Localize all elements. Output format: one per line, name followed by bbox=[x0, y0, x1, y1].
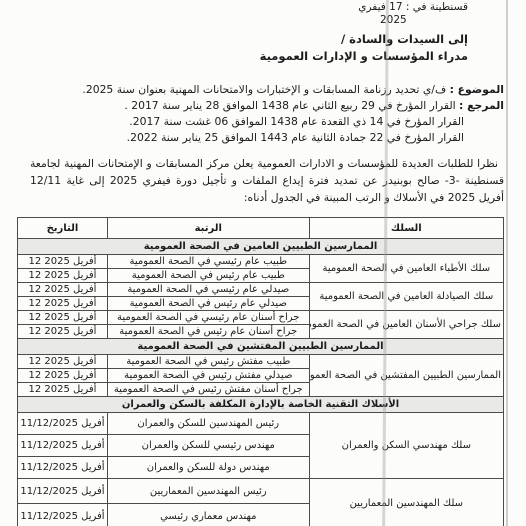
date-cell: 12 أفريل 2025 bbox=[18, 283, 108, 297]
rank-cell: جراح أسنان مفتش رئيس في الصحة العمومية bbox=[107, 383, 309, 397]
subject-line: الموضوع : ف/ي تحديد رزنامة المسابقات و ا… bbox=[28, 82, 504, 98]
rank-cell: جراح أسنان عام رئيسي في الصحة العمومية bbox=[107, 311, 309, 325]
date-cell: 12 أفريل 2025 bbox=[18, 355, 108, 369]
section-label: الممارسين الطبيين العامين في الصحة العمو… bbox=[18, 239, 504, 255]
date-cell: 12 أفريل 2025 bbox=[18, 255, 108, 269]
corps-cell: سلك جراحي الأسنان العامين في الصحة العمو… bbox=[309, 311, 503, 339]
table-row: سلك جراحي الأسنان العامين في الصحة العمو… bbox=[18, 311, 504, 325]
table-row: الممارسين الطبيين المفتشين في الصحة العم… bbox=[18, 355, 504, 369]
exam-schedule-table: السلك الرتبة التاريخ الممارسين الطبيين ا… bbox=[17, 217, 504, 526]
date-cell: 12 أفريل 2025 bbox=[18, 383, 108, 397]
table-row: سلك الصيادلة العامين في الصحة العمومية ص… bbox=[18, 283, 504, 297]
scanned-document-page: قسنطينة في : 17 فيفري 2025 إلى السيدات و… bbox=[0, 0, 526, 526]
letter-place-date: قسنطينة في : 17 فيفري 2025 bbox=[338, 1, 468, 27]
date-cell: 11/12/أفريل 2025 bbox=[18, 435, 108, 457]
date-cell: 11/12/أفريل 2025 bbox=[18, 504, 108, 526]
corps-cell: سلك مهندسي السكن والعمران bbox=[309, 413, 503, 479]
rank-cell: جراح أسنان عام رئيس في الصحة العمومية bbox=[107, 325, 309, 339]
rank-cell: طبيب عام رئيس في الصحة العمومية bbox=[107, 269, 309, 283]
reference-label: المرجع : bbox=[459, 99, 504, 112]
place-date-line1: قسنطينة في : 17 فيفري bbox=[338, 1, 468, 14]
corps-cell: سلك المهندسين المعماريين bbox=[309, 479, 503, 526]
reference-line: المرجع : القرار المؤرخ في 29 ربيع الثاني… bbox=[28, 98, 504, 114]
date-cell: 12 أفريل 2025 bbox=[18, 369, 108, 383]
body-paragraph: نظرا للطلبات العديدة للمؤسسات و الادارات… bbox=[30, 155, 504, 206]
rank-cell: صيدلي عام رئيس في الصحة العمومية bbox=[107, 297, 309, 311]
rank-cell: مهندس دولة للسكن والعمران bbox=[107, 457, 309, 479]
header-date: التاريخ bbox=[18, 218, 108, 239]
rank-cell: مهندس رئيسي للسكن والعمران bbox=[107, 435, 309, 457]
reference-line-2: القرار المؤرخ في 14 ذي القعدة عام 1438 ا… bbox=[28, 114, 504, 130]
table-row: سلك مهندسي السكن والعمران رئيس المهندسين… bbox=[18, 413, 504, 435]
section-label: الممارسين الطبيين المفتشين في الصحة العم… bbox=[18, 339, 504, 355]
table-row: سلك الأطباء العامين في الصحة العمومية طب… bbox=[18, 255, 504, 269]
reference-text: القرار المؤرخ في 29 ربيع الثاني عام 1438… bbox=[124, 99, 459, 112]
corps-cell: الممارسين الطبيين المفتشين في الصحة العم… bbox=[309, 355, 503, 397]
reference-line-3: القرار المؤرخ في 22 جمادة الثانية عام 14… bbox=[28, 130, 504, 146]
addressee-to: إلى السيدات والسادة / bbox=[0, 31, 468, 48]
date-cell: 12 أفريل 2025 bbox=[18, 269, 108, 283]
table-header-row: السلك الرتبة التاريخ bbox=[18, 218, 504, 239]
schedule-table-wrapper: السلك الرتبة التاريخ الممارسين الطبيين ا… bbox=[17, 217, 504, 526]
corps-cell: سلك الصيادلة العامين في الصحة العمومية bbox=[309, 283, 503, 311]
section-row: الممارسين الطبيين العامين في الصحة العمو… bbox=[18, 239, 504, 255]
rank-cell: صيدلي عام رئيسي في الصحة العمومية bbox=[107, 283, 309, 297]
rank-cell: صيدلي مفتش رئيس في الصحة العمومية bbox=[107, 369, 309, 383]
addressee-title: مدراء المؤسسات و الإدارات العمومية bbox=[0, 48, 468, 65]
corps-cell: سلك الأطباء العامين في الصحة العمومية bbox=[309, 255, 503, 283]
subject-reference-block: الموضوع : ف/ي تحديد رزنامة المسابقات و ا… bbox=[28, 82, 504, 146]
place-date-line2: 2025 bbox=[338, 14, 468, 27]
rank-cell: طبيب مفتش رئيس في الصحة العمومية bbox=[107, 355, 309, 369]
date-cell: 11/12/أفريل 2025 bbox=[18, 457, 108, 479]
rank-cell: رئيس المهندسين المعماريين bbox=[107, 479, 309, 504]
rank-cell: طبيب عام رئيسي في الصحة العمومية bbox=[107, 255, 309, 269]
subject-text: ف/ي تحديد رزنامة المسابقات و الإختبارات … bbox=[82, 83, 449, 96]
subject-label: الموضوع : bbox=[450, 83, 504, 96]
rank-cell: مهندس معماري رئيسي bbox=[107, 504, 309, 526]
date-cell: 12 أفريل 2025 bbox=[18, 325, 108, 339]
addressee-block: إلى السيدات والسادة / مدراء المؤسسات و ا… bbox=[0, 31, 468, 65]
rank-cell: رئيس المهندسين للسكن والعمران bbox=[107, 413, 309, 435]
date-cell: 12 أفريل 2025 bbox=[18, 311, 108, 325]
section-label: الأسلاك التقنية الخاصة بالإدارة المكلفة … bbox=[18, 397, 504, 413]
date-cell: 11/12/أفريل 2025 bbox=[18, 479, 108, 504]
header-corps: السلك bbox=[309, 218, 503, 239]
date-cell: 12 أفريل 2025 bbox=[18, 297, 108, 311]
section-row: الممارسين الطبيين المفتشين في الصحة العم… bbox=[18, 339, 504, 355]
section-row: الأسلاك التقنية الخاصة بالإدارة المكلفة … bbox=[18, 397, 504, 413]
table-row: سلك المهندسين المعماريين رئيس المهندسين … bbox=[18, 479, 504, 504]
date-cell: 11/12/أفريل 2025 bbox=[18, 413, 108, 435]
header-rank: الرتبة bbox=[107, 218, 309, 239]
page-edge-line bbox=[506, 0, 508, 526]
